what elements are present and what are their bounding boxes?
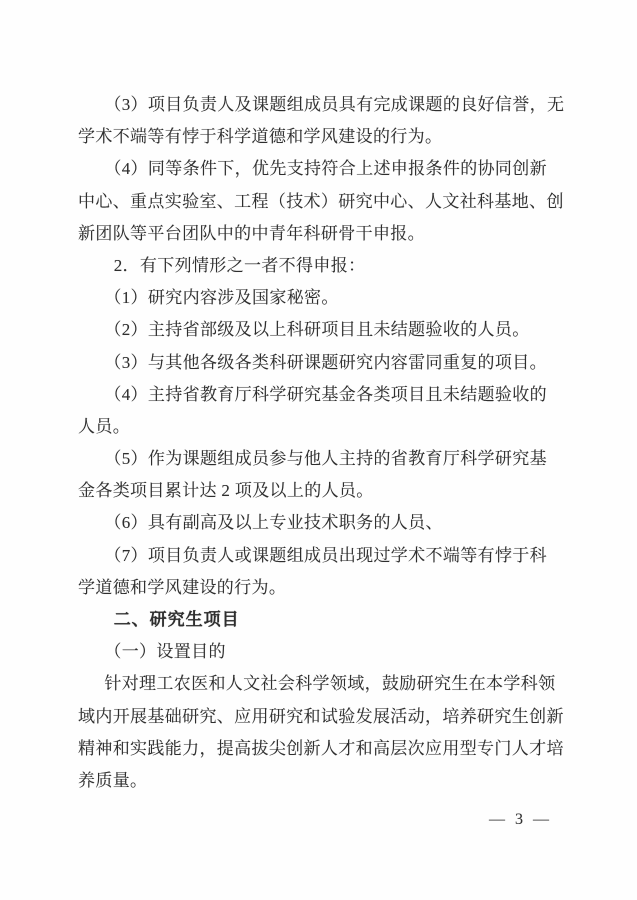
text-line-forbid2: （2）主持省部级及以上科研项目且未结题验收的人员。 (78, 314, 533, 346)
text-line-item4-1: （4）同等条件下，优先支持符合上述申报条件的协同创新 (78, 153, 533, 185)
page-number: — 3 — (489, 807, 552, 833)
text-line-forbid4-2: 人员。 (78, 411, 533, 443)
text-line-forbid4-1: （4）主持省教育厅科学研究基金各类项目且未结题验收的 (78, 379, 533, 411)
text-line-purpose-1: 针对理工农医和人文社会科学领域，鼓励研究生在本学科领 (78, 668, 533, 700)
text-line-purpose-3: 精神和实践能力，提高拔尖创新人才和高层次应用型专门人才培 (78, 733, 533, 765)
document-text-block: （3）项目负责人及课题组成员具有完成课题的良好信誉，无 学术不端等有悖于科学道德… (78, 89, 533, 797)
text-line-forbid5-1: （5）作为课题组成员参与他人主持的省教育厅科学研究基 (78, 443, 533, 475)
text-line-item4-3: 新团队等平台团队中的中青年科研骨干申报。 (78, 218, 533, 250)
text-line-purpose-4: 养质量。 (78, 765, 533, 797)
text-line-forbid1: （1）研究内容涉及国家秘密。 (78, 282, 533, 314)
text-line-item4-2: 中心、重点实验室、工程（技术）研究中心、人文社科基地、创 (78, 186, 533, 218)
text-line-forbid7-1: （7）项目负责人或课题组成员出现过学术不端等有悖于科 (78, 540, 533, 572)
document-page: （3）项目负责人及课题组成员具有完成课题的良好信誉，无 学术不端等有悖于科学道德… (0, 0, 637, 900)
text-line-item3-1: （3）项目负责人及课题组成员具有完成课题的良好信誉，无 (78, 89, 533, 121)
text-line-forbid7-2: 学道德和学风建设的行为。 (78, 572, 533, 604)
text-line-forbid6: （6）具有副高及以上专业技术职务的人员、 (78, 507, 533, 539)
section-heading-graduate-projects: 二、研究生项目 (78, 604, 533, 636)
text-line-item3-2: 学术不端等有悖于科学道德和学风建设的行为。 (78, 121, 533, 153)
text-line-forbid3: （3）与其他各级各类科研课题研究内容雷同重复的项目。 (78, 347, 533, 379)
text-line-forbid5-2: 金各类项目累计达 2 项及以上的人员。 (78, 475, 533, 507)
text-line-clause2: 2．有下列情形之一者不得申报： (78, 250, 533, 282)
text-line-purpose-title: （一）设置目的 (78, 636, 533, 668)
text-line-purpose-2: 域内开展基础研究、应用研究和试验发展活动，培养研究生创新 (78, 701, 533, 733)
